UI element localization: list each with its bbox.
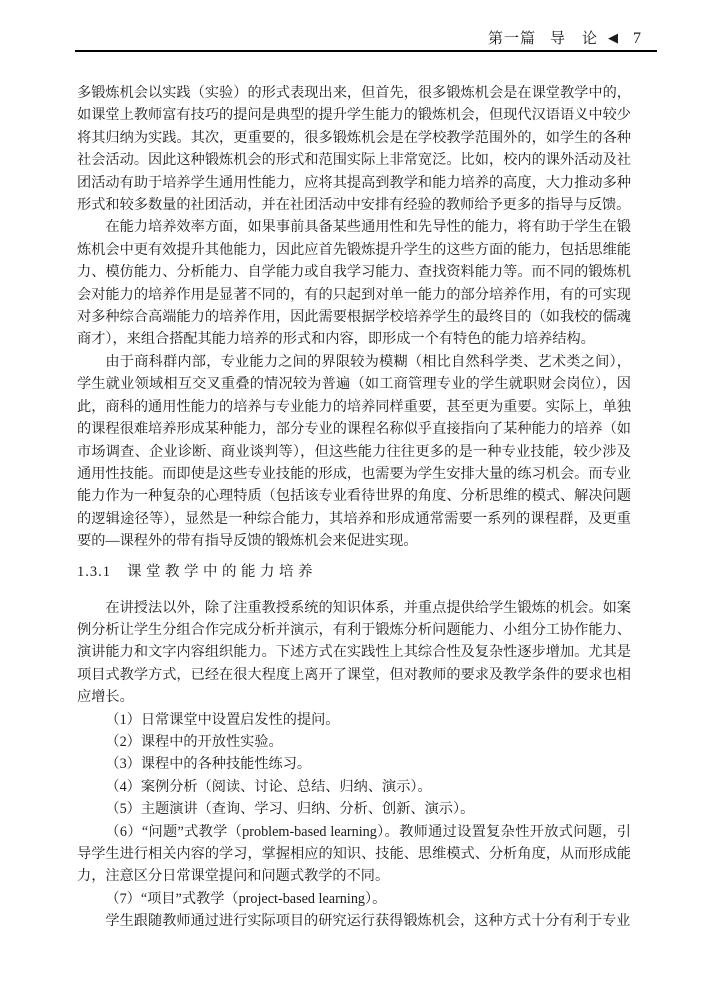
running-head-chapter: 导 论 [550,31,598,47]
section-heading: 1.3.1课堂教学中的能力培养 [77,562,631,583]
paragraph: 多锻炼机会以实践（实验）的形式表现出来，但首先，很多锻炼机会是在课堂教学中的，如… [77,82,631,216]
list-item: （1）日常课堂中设置启发性的提问。 [77,709,631,731]
page-body: 多锻炼机会以实践（实验）的形式表现出来，但首先，很多锻炼机会是在课堂教学中的，如… [77,82,631,933]
list-item: （6）“问题”式教学（problem-based learning）。教师通过设… [77,821,631,888]
header-rule [75,50,657,52]
paragraph: 由于商科群内部，专业能力之间的界限较为模糊（相比自然科学类、艺术类之间），学生就… [77,351,631,553]
paragraph: 在讲授法以外，除了注重教授系统的知识体系，并重点提供给学生锻炼的机会。如案例分析… [77,597,631,709]
page-number: 7 [633,30,641,47]
list-item: （2）课程中的开放性实验。 [77,731,631,753]
paragraph: 在能力培养效率方面，如果事前具备某些通用性和先导性的能力，将有助于学生在锻炼机会… [77,216,631,350]
section-title: 课堂教学中的能力培养 [127,564,317,580]
paragraph: 学生跟随教师通过进行实际项目的研究运行获得锻炼机会，这种方式十分有利于专业 [77,910,631,932]
list-item: （3）课程中的各种技能性练习。 [77,753,631,775]
left-triangle-icon: ◀ [608,30,619,45]
book-page: 第一篇导 论◀7 多锻炼机会以实践（实验）的形式表现出来，但首先，很多锻炼机会是… [0,0,706,982]
section-number: 1.3.1 [77,564,111,580]
running-head: 第一篇导 论◀7 [75,0,657,48]
list-item: （7）“项目”式教学（project-based learning）。 [77,888,631,910]
page-header: 第一篇导 论◀7 [75,0,657,52]
list-item: （5）主题演讲（查询、学习、归纳、分析、创新、演示）。 [77,798,631,820]
list-item: （4）案例分析（阅读、讨论、总结、归纳、演示）。 [77,776,631,798]
running-head-section: 第一篇 [488,31,536,47]
